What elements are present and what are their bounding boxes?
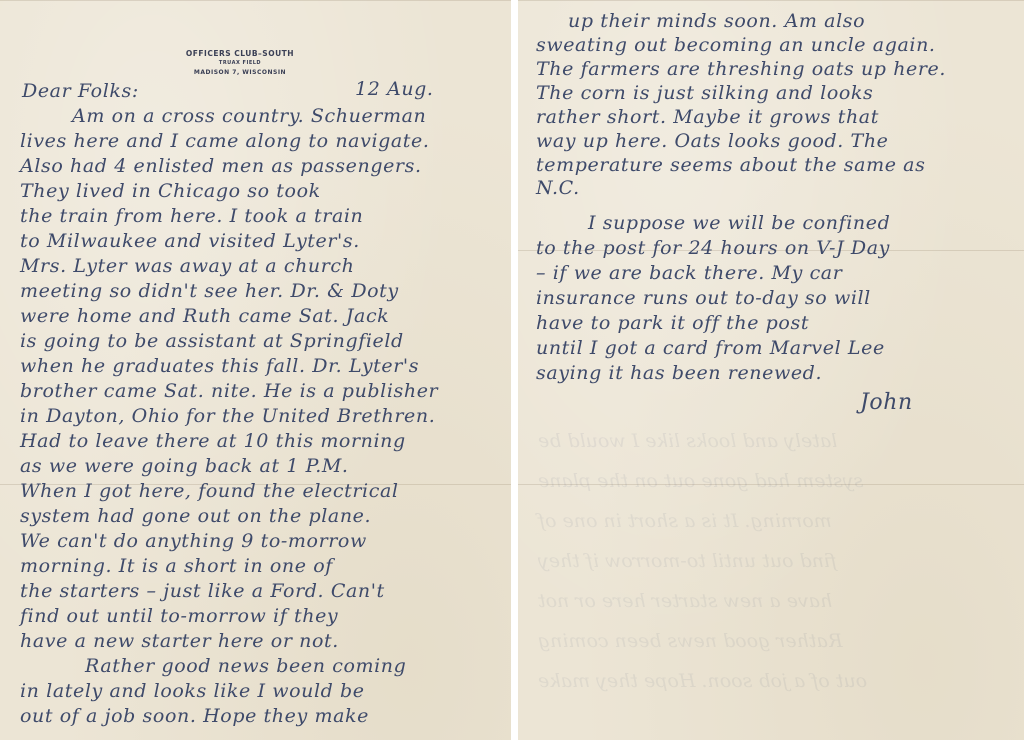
letter-line: We can't do anything 9 to-morrow (20, 530, 367, 552)
salutation: Dear Folks: (22, 80, 139, 102)
letter-line: meeting so didn't see her. Dr. & Doty (20, 280, 399, 302)
letter-line: the train from here. I took a train (20, 205, 363, 227)
letter-line: lives here and I came along to navigate. (20, 130, 430, 152)
show-through-text: morning. It is a short in one of (538, 510, 832, 532)
letter-line: morning. It is a short in one of (20, 555, 333, 577)
letter-line: Had to leave there at 10 this morning (20, 430, 406, 452)
letter-line: Also had 4 enlisted men as passengers. (20, 155, 422, 177)
letter-page-2: up their minds soon. Am also sweating ou… (518, 0, 1024, 740)
letter-line: way up here. Oats looks good. The (536, 130, 889, 152)
show-through-text: lately and looks like I would be (538, 430, 837, 452)
letter-line: were home and Ruth came Sat. Jack (20, 305, 389, 327)
letter-line: until I got a card from Marvel Lee (536, 337, 885, 359)
show-through-text: out of a job soon. Hope they make (538, 670, 867, 692)
letter-line: as we were going back at 1 P.M. (20, 455, 349, 477)
letter-line: The corn is just silking and looks (536, 82, 873, 104)
show-through-text: Rather good news been coming (538, 630, 843, 652)
signature: John (860, 390, 913, 415)
letterhead-address: MADISON 7, WISCONSIN (140, 68, 340, 78)
letter-line: saying it has been renewed. (536, 362, 822, 384)
letter-line: temperature seems about the same as (536, 154, 925, 176)
letter-line: brother came Sat. nite. He is a publishe… (20, 380, 438, 402)
letter-line: They lived in Chicago so took (20, 180, 321, 202)
letter-line: have to park it off the post (536, 312, 809, 334)
fold-line (0, 0, 511, 1)
letterhead-club: OFFICERS CLUB–SOUTH (140, 48, 340, 59)
letter-line: – if we are back there. My car (536, 262, 842, 284)
letter-line: up their minds soon. Am also (568, 10, 865, 32)
letter-line: have a new starter here or not. (20, 630, 339, 652)
letter-line: find out until to-morrow if they (20, 605, 338, 627)
fold-line (518, 0, 1024, 1)
letter-line: to Milwaukee and visited Lyter's. (20, 230, 360, 252)
letter-line: in Dayton, Ohio for the United Brethren. (20, 405, 435, 427)
letter-line: The farmers are threshing oats up here. (536, 58, 946, 80)
letter-line: rather short. Maybe it grows that (536, 106, 879, 128)
letter-line: system had gone out on the plane. (20, 505, 371, 527)
show-through-text: find out until to-morrow if they (538, 550, 837, 572)
show-through-text: have a new starter here or not (538, 590, 832, 612)
letter-date: 12 Aug. (355, 78, 434, 100)
letter-line: is going to be assistant at Springfield (20, 330, 404, 352)
letter-line: when he graduates this fall. Dr. Lyter's (20, 355, 419, 377)
letter-line: Am on a cross country. Schuerman (72, 105, 426, 127)
show-through-text: system had gone out on the plane (538, 470, 863, 492)
letter-page-1: OFFICERS CLUB–SOUTH TRUAX FIELD MADISON … (0, 0, 511, 740)
letter-line: insurance runs out to-day so will (536, 287, 871, 309)
letter-line: out of a job soon. Hope they make (20, 705, 369, 727)
letter-line: When I got here, found the electrical (20, 480, 399, 502)
letter-line: the starters – just like a Ford. Can't (20, 580, 385, 602)
letter-line: to the post for 24 hours on V-J Day (536, 237, 890, 259)
letter-line: I suppose we will be confined (588, 212, 890, 234)
letter-line: in lately and looks like I would be (20, 680, 365, 702)
letterhead-field: TRUAX FIELD (140, 59, 340, 68)
letterhead: OFFICERS CLUB–SOUTH TRUAX FIELD MADISON … (140, 48, 340, 78)
letter-line: Rather good news been coming (85, 655, 406, 677)
letter-line: sweating out becoming an uncle again. (536, 34, 936, 56)
letter-line: Mrs. Lyter was away at a church (20, 255, 355, 277)
letter-line: N.C. (536, 177, 580, 199)
